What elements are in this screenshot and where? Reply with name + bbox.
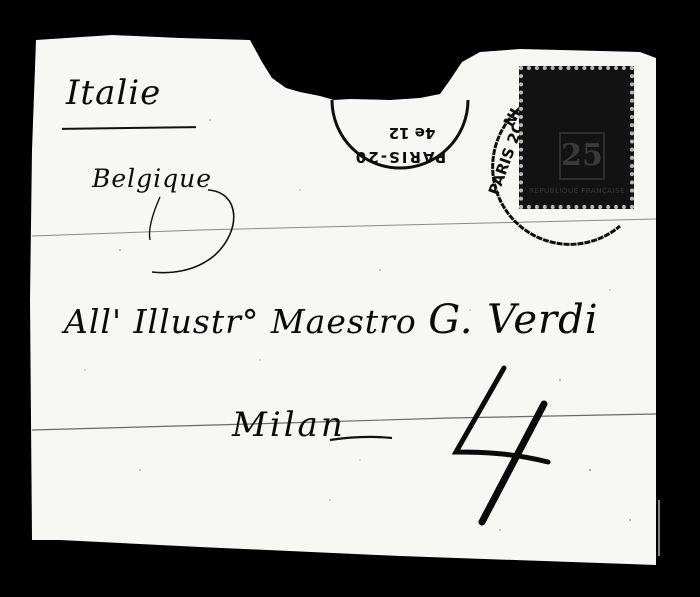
addressee-title: All' Illustr° Maestro — [64, 302, 428, 341]
destination-country-note: Italie — [66, 76, 161, 110]
addressee-line: All' Illustr° Maestro G. Verdi — [64, 300, 599, 340]
postmark-date-fragment: 4e 12 — [389, 124, 436, 142]
stamp-caption: REPUBLIQUE FRANÇAISE — [527, 187, 627, 195]
routing-note: Belgique — [92, 166, 212, 191]
numeral-marking: 4 — [452, 360, 562, 530]
stamp-value: 25 — [559, 132, 605, 180]
postmark-location-text: PARIS-20 — [354, 148, 446, 166]
addressee-name: G. Verdi — [428, 297, 598, 343]
postage-stamp: 25 REPUBLIQUE FRANÇAISE — [519, 66, 634, 209]
scanned-document: 4e 12 PARIS-20 PARIS 2C NI Italie Belgiq… — [0, 0, 700, 597]
destination-city: Milan — [232, 408, 346, 442]
